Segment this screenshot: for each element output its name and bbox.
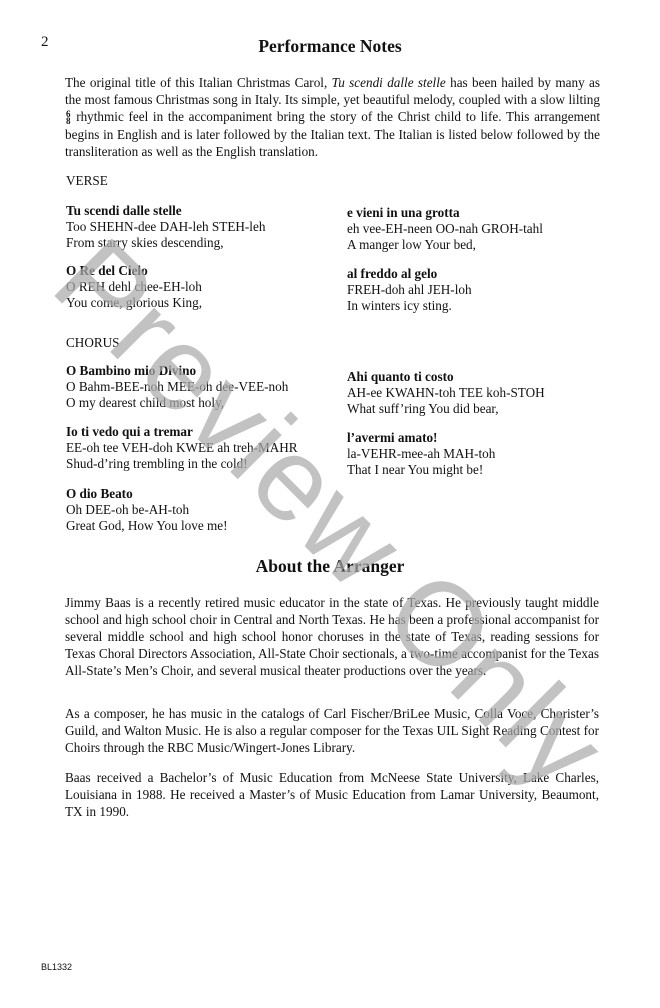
italian-line: l’avermi amato! (347, 430, 495, 446)
english-line: O my dearest child most holy, (66, 395, 288, 411)
english-line: What suff’ring You did bear, (347, 401, 545, 417)
english-line: From starry skies descending, (66, 235, 265, 251)
transliteration-line: O REH dehl chee-EH-loh (66, 279, 202, 295)
english-line: A manger low Your bed, (347, 237, 543, 253)
transliteration-line: O Bahm-BEE-noh MEE-oh dee-VEE-noh (66, 379, 288, 395)
arranger-paragraph-education: Baas received a Bachelor’s of Music Educ… (65, 770, 599, 821)
verse-label: VERSE (66, 173, 108, 189)
english-line: That I near You might be! (347, 462, 495, 478)
italian-line: O Re del Cielo (66, 263, 202, 279)
transliteration-line: EE-oh tee VEH-doh KWEE ah treh-MAHR (66, 440, 298, 456)
italian-line: Tu scendi dalle stelle (66, 203, 265, 219)
arranger-paragraph-bio: Jimmy Baas is a recently retired music e… (65, 595, 599, 680)
transliteration-line: AH-ee KWAHN-toh TEE koh-STOH (347, 385, 545, 401)
chorus-stanza: Io ti vedo qui a tremar EE-oh tee VEH-do… (66, 424, 298, 473)
transliteration-line: Oh DEE-oh be-AH-toh (66, 502, 228, 518)
intro-text-pre: The original title of this Italian Chris… (65, 75, 332, 90)
page-title: Performance Notes (0, 36, 660, 57)
chorus-stanza: l’avermi amato! la-VEHR-mee-ah MAH-toh T… (347, 430, 495, 479)
time-signature: 68 (66, 111, 71, 125)
transliteration-line: la-VEHR-mee-ah MAH-toh (347, 446, 495, 462)
chorus-stanza: O Bambino mio Divino O Bahm-BEE-noh MEE-… (66, 363, 288, 412)
english-line: You come, glorious King, (66, 295, 202, 311)
italian-line: e vieni in una grotta (347, 205, 543, 221)
carol-original-title: Tu scendi dalle stelle (332, 75, 446, 90)
intro-paragraph: The original title of this Italian Chris… (65, 74, 600, 160)
intro-text-post: rhythmic feel in the accompaniment bring… (65, 109, 600, 158)
chorus-stanza: O dio Beato Oh DEE-oh be-AH-toh Great Go… (66, 486, 228, 535)
italian-line: Io ti vedo qui a tremar (66, 424, 298, 440)
english-line: Great God, How You love me! (66, 518, 228, 534)
chorus-label: CHORUS (66, 335, 120, 351)
english-line: In winters icy sting. (347, 298, 472, 314)
italian-line: O Bambino mio Divino (66, 363, 288, 379)
transliteration-line: Too SHEHN-dee DAH-leh STEH-leh (66, 219, 265, 235)
verse-stanza: e vieni in una grotta eh vee-EH-neen OO-… (347, 205, 543, 254)
arranger-heading: About the Arranger (0, 556, 660, 577)
verse-stanza: al freddo al gelo FREH-doh ahl JEH-loh I… (347, 266, 472, 315)
italian-line: Ahi quanto ti costo (347, 369, 545, 385)
chorus-stanza: Ahi quanto ti costo AH-ee KWAHN-toh TEE … (347, 369, 545, 418)
transliteration-line: eh vee-EH-neen OO-nah GROH-tahl (347, 221, 543, 237)
transliteration-line: FREH-doh ahl JEH-loh (347, 282, 472, 298)
verse-stanza: O Re del Cielo O REH dehl chee-EH-loh Yo… (66, 263, 202, 312)
arranger-paragraph-composer: As a composer, he has music in the catal… (65, 706, 599, 757)
verse-stanza: Tu scendi dalle stelle Too SHEHN-dee DAH… (66, 203, 265, 252)
english-line: Shud-d’ring trembling in the cold! (66, 456, 298, 472)
catalog-code: BL1332 (41, 962, 72, 972)
time-signature-bottom: 8 (66, 118, 71, 125)
italian-line: O dio Beato (66, 486, 228, 502)
italian-line: al freddo al gelo (347, 266, 472, 282)
